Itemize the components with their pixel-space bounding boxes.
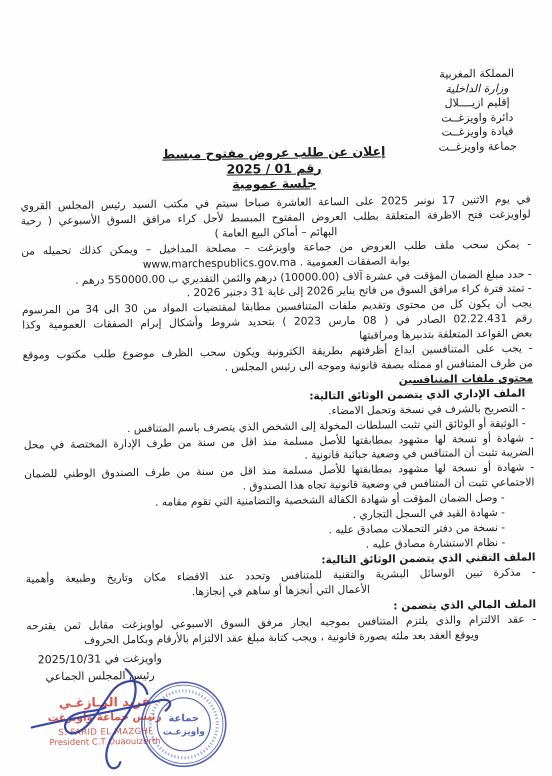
announcement-title-block: إعلان عن طلب عروض مفتوح مبسط رقم 01 / 20… — [0, 141, 550, 195]
signature-scribble — [27, 664, 183, 776]
announcement-body: في يوم الاثنين 17 نونبر 2025 على الساعة … — [20, 192, 536, 649]
title-line: إعلان عن طلب عروض مفتوح مبسط — [162, 143, 385, 161]
title-number: رقم 01 / 2025 — [226, 160, 321, 176]
signature-stroke — [31, 700, 170, 728]
document-page: المملكة المغربية وزارة الداخلية إقليم از… — [0, 0, 552, 776]
scanned-sheet: المملكة المغربية وزارة الداخلية إقليم از… — [0, 0, 552, 776]
title-session: جلسة عمومية — [232, 175, 316, 191]
